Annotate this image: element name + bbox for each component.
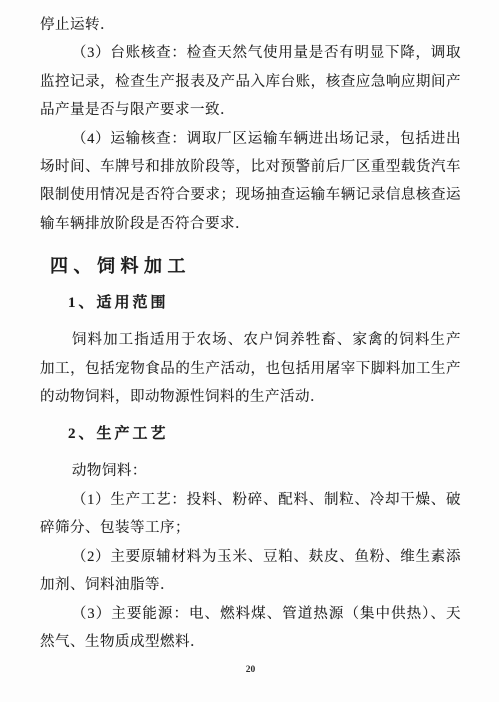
subsection-heading-scope: 1、适用范围 bbox=[68, 289, 461, 317]
subsection-heading-process: 2、生产工艺 bbox=[68, 420, 461, 448]
document-page: 停止运转． （3）台账核查：检查天然气使用量是否有明显下降，调取监控记录，检查生… bbox=[0, 0, 499, 702]
page-number: 20 bbox=[40, 664, 461, 676]
paragraph-energy-sources: （3）主要能源：电、燃料煤、管道热源（集中供热）、天然气、生物质成型燃料． bbox=[40, 600, 461, 657]
continuation-paragraph: 停止运转． bbox=[40, 11, 461, 39]
paragraph-transport-check: （4）运输核查：调取厂区运输车辆进出场记录，包括进出场时间、车牌号和排放阶段等，… bbox=[40, 125, 461, 239]
paragraph-ledger-check: （3）台账核查：检查天然气使用量是否有明显下降，调取监控记录，检查生产报表及产品… bbox=[40, 39, 461, 124]
paragraph-animal-feed-label: 动物饲料： bbox=[40, 457, 461, 485]
section-heading: 四、饲料加工 bbox=[50, 252, 461, 280]
paragraph-process-steps: （1）生产工艺：投料、粉碎、配料、制粒、冷却干燥、破碎筛分、包装等工序； bbox=[40, 486, 461, 543]
paragraph-scope: 饲料加工指适用于农场、农户饲养牲畜、家禽的饲料生产加工，包括宠物食品的生产活动，… bbox=[40, 326, 461, 411]
paragraph-raw-materials: （2）主要原辅材料为玉米、豆粕、麸皮、鱼粉、维生素添加剂、饲料油脂等． bbox=[40, 543, 461, 600]
